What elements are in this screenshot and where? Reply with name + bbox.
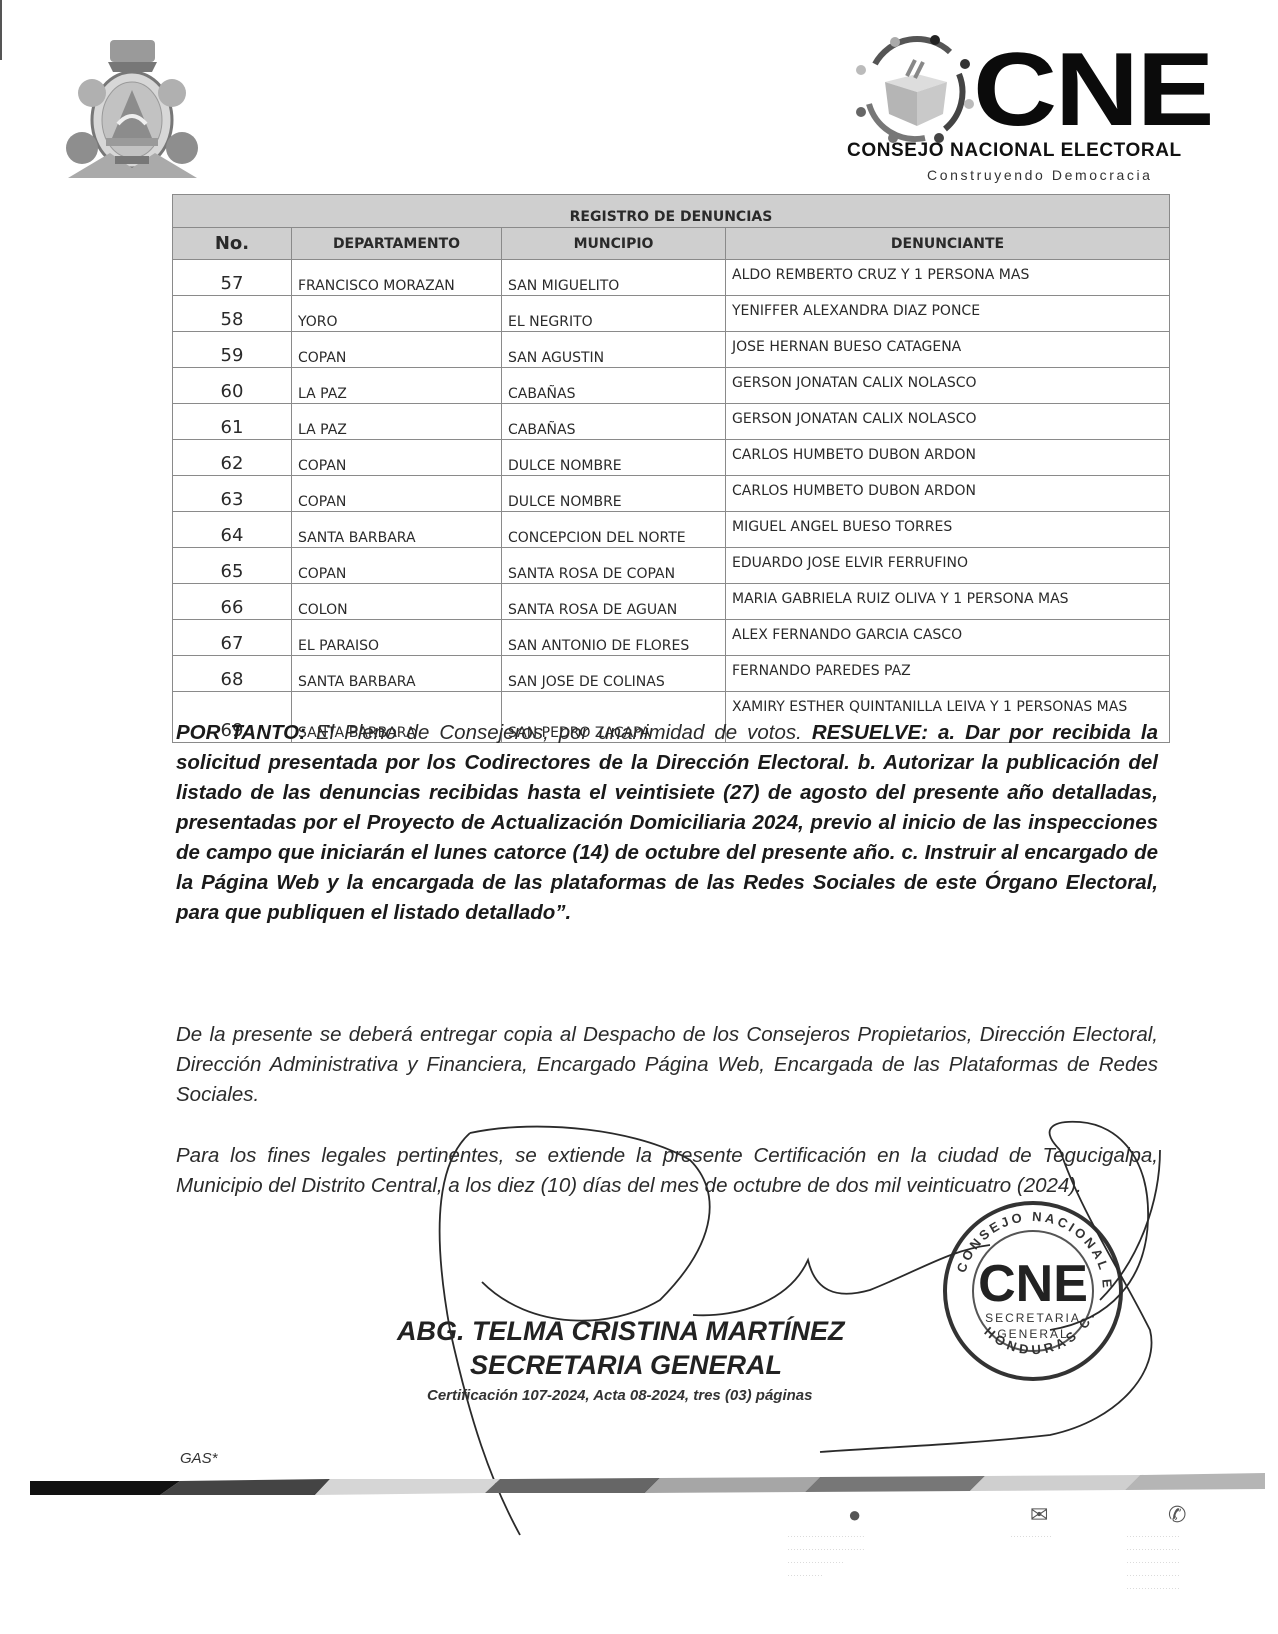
- table-row: 64SANTA BARBARACONCEPCION DEL NORTEMIGUE…: [173, 512, 1170, 548]
- scan-edge: [0, 0, 2, 60]
- seal-center: CNE: [978, 1255, 1088, 1313]
- signatory-title: SECRETARIA GENERAL: [470, 1350, 782, 1381]
- denunciante-cell: ALEX FERNANDO GARCIA CASCO: [726, 620, 1170, 656]
- table-row: 65COPANSANTA ROSA DE COPANEDUARDO JOSE E…: [173, 548, 1170, 584]
- departamento-cell: COPAN: [292, 440, 502, 476]
- municipio-cell: DULCE NOMBRE: [502, 440, 726, 476]
- denunciante-cell: GERSON JONATAN CALIX NOLASCO: [726, 368, 1170, 404]
- departamento-cell: LA PAZ: [292, 404, 502, 440]
- departamento-cell: COPAN: [292, 476, 502, 512]
- row-number: 61: [173, 404, 292, 440]
- table-title: REGISTRO DE DENUNCIAS: [173, 195, 1170, 228]
- table-row: 60LA PAZCABAÑASGERSON JONATAN CALIX NOLA…: [173, 368, 1170, 404]
- por-tanto-label: POR TANTO:: [176, 721, 306, 744]
- location-icon: ●: [848, 1502, 861, 1528]
- footer-stripe-band: [30, 1473, 1265, 1495]
- departamento-cell: COPAN: [292, 548, 502, 584]
- row-number: 62: [173, 440, 292, 476]
- row-number: 67: [173, 620, 292, 656]
- secretaria-general-seal-icon: CONSEJO NACIONAL ELECTORAL HONDURAS C.A.…: [938, 1196, 1128, 1386]
- resuelve-label: RESUELVE:: [812, 721, 928, 744]
- municipio-cell: SANTA ROSA DE AGUAN: [502, 584, 726, 620]
- table-row: 66COLONSANTA ROSA DE AGUANMARIA GABRIELA…: [173, 584, 1170, 620]
- municipio-cell: DULCE NOMBRE: [502, 476, 726, 512]
- cne-logo: CNE CONSEJO NACIONAL ELECTORAL Construye…: [855, 30, 1245, 190]
- denunciante-cell: GERSON JONATAN CALIX NOLASCO: [726, 404, 1170, 440]
- denunciante-cell: MIGUEL ANGEL BUESO TORRES: [726, 512, 1170, 548]
- denunciante-cell: CARLOS HUMBETO DUBON ARDON: [726, 440, 1170, 476]
- footer-email: ··············: [1010, 1530, 1052, 1543]
- resolution-paragraph: POR TANTO: El Pleno de Consejeros, por u…: [176, 718, 1158, 928]
- signatory-name: ABG. TELMA CRISTINA MARTÍNEZ: [397, 1316, 897, 1347]
- column-header-no: No.: [173, 228, 292, 260]
- departamento-cell: EL PARAISO: [292, 620, 502, 656]
- certification-reference: Certificación 107-2024, Acta 08-2024, tr…: [427, 1387, 812, 1404]
- departamento-cell: COLON: [292, 584, 502, 620]
- footer-phones: ········································…: [1126, 1530, 1180, 1595]
- coat-of-arms-icon: [60, 38, 205, 188]
- org-tagline: Construyendo Democracia: [927, 167, 1153, 183]
- footer-address: ········································…: [787, 1530, 865, 1582]
- complaints-table: REGISTRO DE DENUNCIAS No. DEPARTAMENTO M…: [172, 194, 1170, 743]
- typist-initials: GAS*: [180, 1450, 218, 1467]
- por-tanto-text: El Pleno de Consejeros, por unanimidad d…: [306, 721, 812, 744]
- copy-note-paragraph: De la presente se deberá entregar copia …: [176, 1020, 1158, 1110]
- cne-wordmark: CNE: [973, 40, 1212, 140]
- table-row: 59COPANSAN AGUSTINJOSE HERNAN BUESO CATA…: [173, 332, 1170, 368]
- table-row: 62COPANDULCE NOMBRECARLOS HUMBETO DUBON …: [173, 440, 1170, 476]
- denunciante-cell: YENIFFER ALEXANDRA DIAZ PONCE: [726, 296, 1170, 332]
- denunciante-cell: FERNANDO PAREDES PAZ: [726, 656, 1170, 692]
- municipio-cell: CONCEPCION DEL NORTE: [502, 512, 726, 548]
- table-body: 57FRANCISCO MORAZANSAN MIGUELITOALDO REM…: [173, 260, 1170, 743]
- resuelve-text: a. Dar por recibida la solicitud present…: [176, 721, 1158, 924]
- denunciante-cell: JOSE HERNAN BUESO CATAGENA: [726, 332, 1170, 368]
- table-row: 63 COPANDULCE NOMBRECARLOS HUMBETO DUBON…: [173, 476, 1170, 512]
- departamento-cell: FRANCISCO MORAZAN: [292, 260, 502, 296]
- column-header-municipio: MUNCIPIO: [502, 228, 726, 260]
- departamento-cell: SANTA BARBARA: [292, 656, 502, 692]
- phone-icon: ✆: [1168, 1502, 1186, 1528]
- municipio-cell: CABAÑAS: [502, 368, 726, 404]
- denunciante-cell: CARLOS HUMBETO DUBON ARDON: [726, 476, 1170, 512]
- municipio-cell: SANTA ROSA DE COPAN: [502, 548, 726, 584]
- ballot-box-icon: [855, 34, 975, 144]
- row-number: 57: [173, 260, 292, 296]
- row-number: 64: [173, 512, 292, 548]
- table-row: 57FRANCISCO MORAZANSAN MIGUELITOALDO REM…: [173, 260, 1170, 296]
- org-name: CONSEJO NACIONAL ELECTORAL: [847, 140, 1182, 162]
- certification-paragraph: Para los fines legales pertinentes, se e…: [176, 1141, 1158, 1201]
- mail-icon: ✉: [1030, 1502, 1048, 1528]
- column-header-departamento: DEPARTAMENTO: [292, 228, 502, 260]
- seal-sub2: GENERAL: [997, 1327, 1068, 1341]
- row-number: 60: [173, 368, 292, 404]
- row-number: 63: [173, 476, 292, 512]
- denunciante-cell: ALDO REMBERTO CRUZ Y 1 PERSONA MAS: [726, 260, 1170, 296]
- table-row: 68SANTA BARBARASAN JOSE DE COLINASFERNAN…: [173, 656, 1170, 692]
- row-number: 66: [173, 584, 292, 620]
- departamento-cell: SANTA BARBARA: [292, 512, 502, 548]
- seal-sub1: SECRETARIA: [985, 1311, 1081, 1325]
- municipio-cell: SAN JOSE DE COLINAS: [502, 656, 726, 692]
- table-row: 61LA PAZCABAÑASGERSON JONATAN CALIX NOLA…: [173, 404, 1170, 440]
- denunciante-cell: MARIA GABRIELA RUIZ OLIVA Y 1 PERSONA MA…: [726, 584, 1170, 620]
- departamento-cell: YORO: [292, 296, 502, 332]
- departamento-cell: COPAN: [292, 332, 502, 368]
- row-number: 65: [173, 548, 292, 584]
- row-number: 68: [173, 656, 292, 692]
- departamento-cell: LA PAZ: [292, 368, 502, 404]
- table-row: 67EL PARAISOSAN ANTONIO DE FLORESALEX FE…: [173, 620, 1170, 656]
- municipio-cell: SAN ANTONIO DE FLORES: [502, 620, 726, 656]
- municipio-cell: EL NEGRITO: [502, 296, 726, 332]
- table-row: 58YOROEL NEGRITOYENIFFER ALEXANDRA DIAZ …: [173, 296, 1170, 332]
- row-number: 58: [173, 296, 292, 332]
- municipio-cell: SAN MIGUELITO: [502, 260, 726, 296]
- row-number: 59: [173, 332, 292, 368]
- denunciante-cell: EDUARDO JOSE ELVIR FERRUFINO: [726, 548, 1170, 584]
- municipio-cell: SAN AGUSTIN: [502, 332, 726, 368]
- municipio-cell: CABAÑAS: [502, 404, 726, 440]
- column-header-denunciante: DENUNCIANTE: [726, 228, 1170, 260]
